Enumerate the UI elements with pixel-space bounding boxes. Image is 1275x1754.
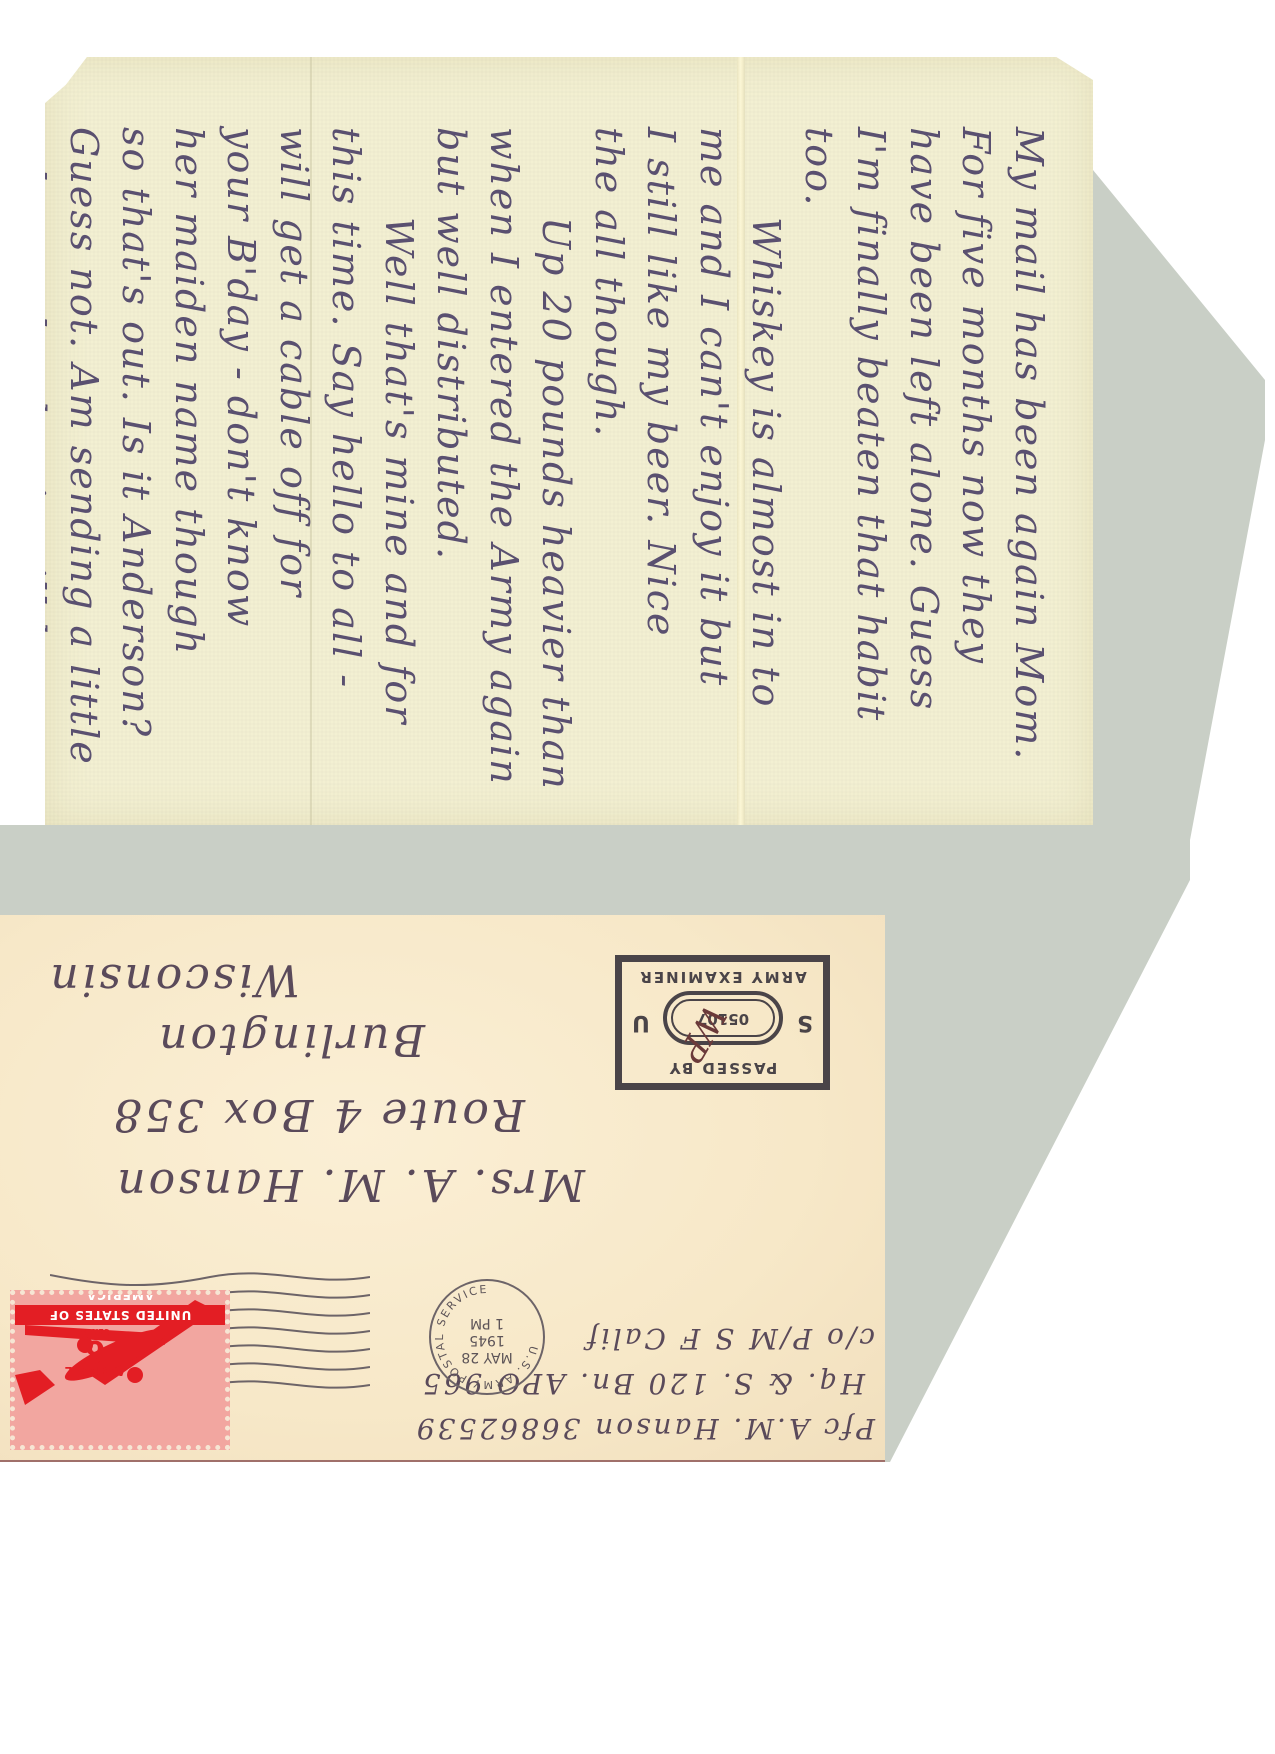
postmark-date-block: MAY 28 1945 1 PM [431, 1314, 543, 1365]
recipient-name: Mrs. A. M. Hanson [114, 1159, 585, 1210]
letter-line: Guess not. Am sending a little [58, 127, 111, 765]
letter-line: too. [793, 127, 846, 765]
postmark-date: MAY 28 [431, 1348, 543, 1365]
handwritten-letter: My mail has been again Mom.For five mont… [45, 57, 1093, 825]
return-address-postmaster: c/o P/M S F Calif [584, 1322, 875, 1355]
letter-line: this time. Say hello to all - [320, 127, 373, 765]
letter-line: Well that's mine and for [373, 127, 426, 765]
stamp-value: 6 [65, 1335, 126, 1365]
letter-line: me and I can't enjoy it but [688, 127, 741, 765]
censor-top-label: ARMY EXAMINER [622, 968, 823, 986]
letter-line: but well distributed. [425, 127, 478, 765]
letter-line: For five months now they [950, 127, 1003, 765]
letter-body: My mail has been again Mom.For five mont… [45, 57, 1093, 825]
letter-line: your B'day - don't know [215, 127, 268, 765]
stamp-unit: CENTS [65, 1327, 126, 1335]
postmark-time: 1 PM [431, 1314, 543, 1331]
letter-line: when I entered the Army again [478, 127, 531, 765]
letter-line: Whiskey is almost in to [740, 127, 793, 765]
stamp-country-band: UNITED STATES OF AMERICA [15, 1305, 225, 1325]
censor-bottom-label: PASSED BY [622, 1059, 823, 1077]
army-postal-service-postmark: U.S. ARMY POSTAL SERVICE MAY 28 1945 1 P… [429, 1279, 545, 1395]
letter-line: I still like my beer. Nice [635, 127, 688, 765]
letter-line: will get a cable off for [268, 127, 321, 765]
censor-right-letter: U [632, 1010, 650, 1035]
letter-line: the all though. [583, 127, 636, 765]
letter-line: I'm finally beaten that habit [845, 127, 898, 765]
letter-line: her maiden name though [163, 127, 216, 765]
army-examiner-censor-stamp: PASSED BY S 05107 U WP ARMY EXAMINER [615, 955, 830, 1090]
envelope: Mrs. A. M. Hanson Route 4 Box 358 Burlin… [0, 915, 885, 1462]
return-address-name: Pfc A.M. Hanson 36862539 [414, 1412, 875, 1445]
censor-left-letter: S [797, 1010, 813, 1035]
recipient-state: Wisconsin [47, 954, 300, 1005]
letter-line: have been left alone. Guess [898, 127, 951, 765]
letter-line: My mail has been again Mom. [1003, 127, 1056, 765]
recipient-city: Burlington [156, 1014, 425, 1065]
letter-line: Up 20 pounds heavier than [530, 127, 583, 765]
letter-line: so that's out. Is it Anderson? [110, 127, 163, 765]
airmail-postage-stamp: AIR MAIL 6 CENTS UNITED STATES OF AMERIC… [10, 1290, 230, 1450]
envelope-face: Mrs. A. M. Hanson Route 4 Box 358 Burlin… [0, 915, 885, 1460]
stamp-denomination: AIR MAIL 6 CENTS [65, 1327, 126, 1377]
postmark-year: 1945 [431, 1331, 543, 1348]
recipient-street: Route 4 Box 358 [111, 1089, 525, 1140]
